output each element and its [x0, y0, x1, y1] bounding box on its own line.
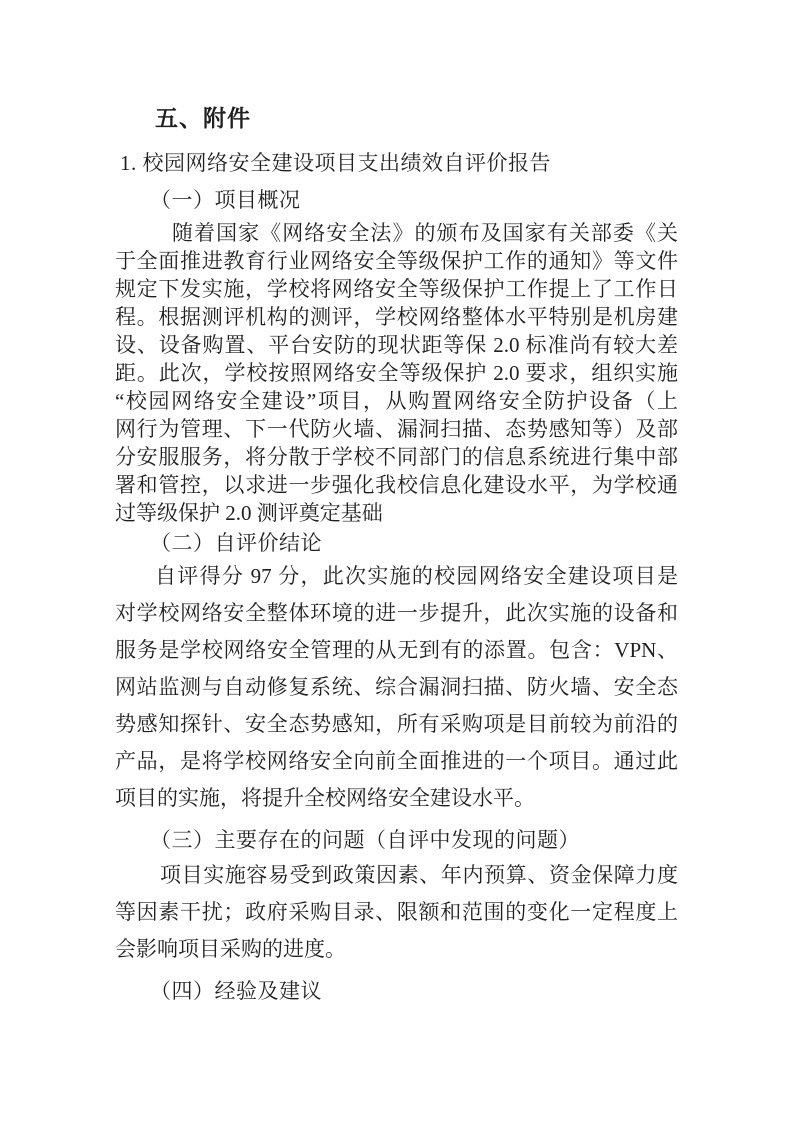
- text-line: 署和管控，以求进一步强化我校信息化建设水平，为学校通: [115, 471, 678, 499]
- text-line: 产品，是将学校网络安全向前全面推进的一个项目。通过此: [115, 743, 678, 780]
- text-line: 势感知探针、安全态势感知，所有采购项是目前较为前沿的: [115, 706, 678, 743]
- paragraph-overview: 随着国家《网络安全法》的颁布及国家有关部委《关于全面推进教育行业网络安全等级保护…: [115, 219, 678, 527]
- text-line: 网行为管理、下一代防火墙、漏洞扫描、态势感知等）及部: [115, 415, 678, 443]
- text-line: 项目实施容易受到政策因素、年内预算、资金保障力度: [115, 857, 678, 894]
- text-line: 随着国家《网络安全法》的颁布及国家有关部委《关: [115, 219, 678, 247]
- text-line: 过等级保护 2.0 测评奠定基础: [115, 499, 678, 527]
- text-line: 项目的实施，将提升全校网络安全建设水平。: [115, 780, 678, 817]
- section-heading: 五、附件: [155, 105, 678, 131]
- text-line: 等因素干扰；政府采购目录、限额和范围的变化一定程度上: [115, 894, 678, 931]
- text-line: 程。根据测评机构的测评，学校网络整体水平特别是机房建: [115, 303, 678, 331]
- subsection-heading-overview: （一）项目概况: [150, 187, 678, 213]
- subsection-heading-conclusion: （二）自评价结论: [150, 530, 678, 556]
- paragraph-conclusion: 自评得分 97 分，此次实施的校园网络安全建设项目是对学校网络安全整体环境的进一…: [115, 558, 678, 817]
- text-line: 规定下发实施，学校将网络安全等级保护工作提上了工作日: [115, 275, 678, 303]
- document-body: 五、附件 1. 校园网络安全建设项目支出绩效自评价报告 （一）项目概况 随着国家…: [115, 105, 678, 1004]
- text-line: 分安服服务，将分散于学校不同部门的信息系统进行集中部: [115, 443, 678, 471]
- document-page: 五、附件 1. 校园网络安全建设项目支出绩效自评价报告 （一）项目概况 随着国家…: [0, 0, 793, 1122]
- subsection-heading-suggestions: （四）经验及建议: [150, 978, 678, 1004]
- text-line: 自评得分 97 分，此次实施的校园网络安全建设项目是: [115, 558, 678, 595]
- text-line: 服务是学校网络安全管理的从无到有的添置。包含：VPN、: [115, 632, 678, 669]
- text-line: 会影响项目采购的进度。: [115, 931, 678, 968]
- subsection-heading-problems: （三）主要存在的问题（自评中发现的问题）: [150, 827, 678, 853]
- text-line: 网站监测与自动修复系统、综合漏洞扫描、防火墙、安全态: [115, 669, 678, 706]
- report-title: 1. 校园网络安全建设项目支出绩效自评价报告: [120, 150, 678, 176]
- text-line: 于全面推进教育行业网络安全等级保护工作的通知》等文件: [115, 247, 678, 275]
- text-line: “校园网络安全建设”项目，从购置网络安全防护设备（上: [115, 387, 678, 415]
- text-line: 距。此次，学校按照网络安全等级保护 2.0 要求，组织实施: [115, 359, 678, 387]
- text-line: 对学校网络安全整体环境的进一步提升，此次实施的设备和: [115, 595, 678, 632]
- paragraph-problems: 项目实施容易受到政策因素、年内预算、资金保障力度等因素干扰；政府采购目录、限额和…: [115, 857, 678, 968]
- text-line: 设、设备购置、平台安防的现状距等保 2.0 标准尚有较大差: [115, 331, 678, 359]
